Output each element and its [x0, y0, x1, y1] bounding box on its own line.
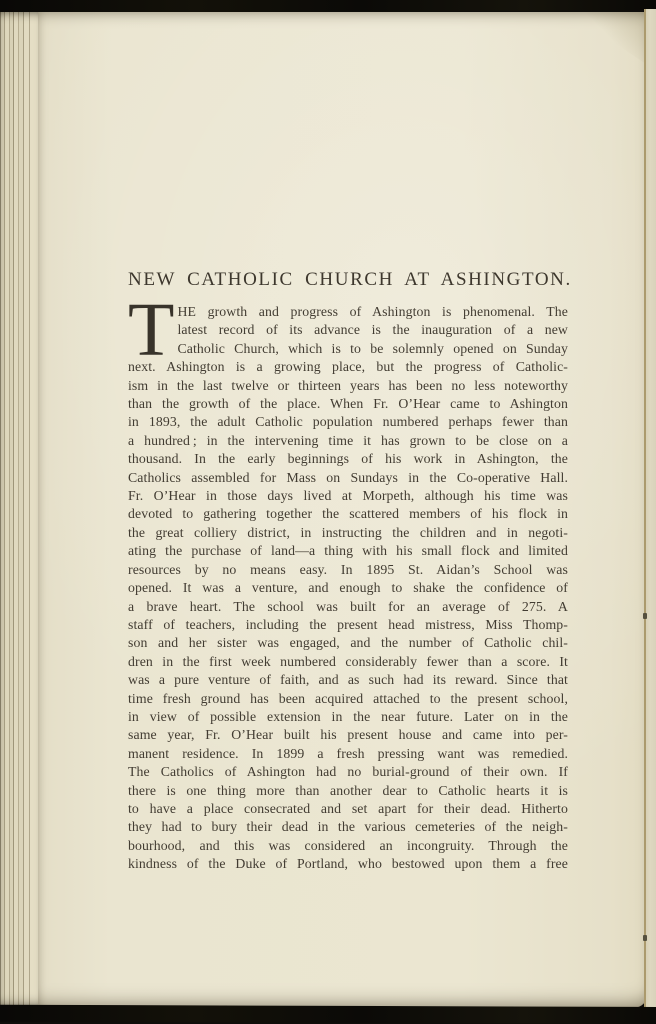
body-lines: HE growth and progress of Ashington is p…	[128, 303, 568, 874]
text-line: time fresh ground has been acquired atta…	[128, 690, 568, 708]
text-line: manent residence. In 1899 a fresh pressi…	[128, 745, 568, 763]
text-line: son and her sister was engaged, and the …	[128, 634, 568, 652]
edge-mark	[643, 613, 647, 619]
text-line: resources by no means easy. In 1895 St. …	[128, 561, 568, 579]
text-line: latest record of its advance is the inau…	[128, 321, 568, 339]
page-edge-right	[644, 9, 656, 1009]
text-line: ism in the last twelve or thirteen years…	[128, 377, 568, 395]
book-binding-bottom	[0, 1005, 656, 1024]
text-line: devoted to gathering together the scatte…	[128, 505, 568, 523]
drop-cap: T	[128, 292, 174, 347]
text-line: Fr. O’Hear in those days lived at Morpet…	[128, 487, 568, 505]
body-paragraph: T HE growth and progress of Ashington is…	[128, 303, 568, 874]
text-line: dren in the first week numbered consider…	[128, 653, 568, 671]
text-line: thousand. In the early beginnings of his…	[128, 450, 568, 468]
page-content: NEW CATHOLIC CHURCH AT ASHINGTON. T HE g…	[128, 270, 568, 874]
text-line: than the growth of the place. When Fr. O…	[128, 395, 568, 413]
text-line: there is one thing more than another dea…	[128, 782, 568, 800]
text-line: to have a place consecrated and set apar…	[128, 800, 568, 818]
text-line: kindness of the Duke of Portland, who be…	[128, 855, 568, 873]
text-line: The Catholics of Ashington had no burial…	[128, 763, 568, 781]
text-line: they had to bury their dead in the vario…	[128, 818, 568, 836]
text-line: ating the purchase of land—a thing with …	[128, 542, 568, 560]
text-line: in 1893, the adult Catholic population n…	[128, 413, 568, 431]
text-line: HE growth and progress of Ashington is p…	[128, 303, 568, 321]
edge-mark	[643, 935, 647, 941]
fanned-page-edges	[0, 12, 40, 1008]
text-line: was a pure venture of faith, and as such…	[128, 671, 568, 689]
book-page: NEW CATHOLIC CHURCH AT ASHINGTON. T HE g…	[38, 12, 646, 1008]
text-line: a hundred ; in the intervening time it h…	[128, 432, 568, 450]
text-line: opened. It was a venture, and enough to …	[128, 579, 568, 597]
text-line: staff of teachers, including the present…	[128, 616, 568, 634]
scanned-book-page: NEW CATHOLIC CHURCH AT ASHINGTON. T HE g…	[0, 0, 656, 1024]
text-line: Catholic Church, which is to be solemnly…	[128, 340, 568, 358]
text-line: a brave heart. The school was built for …	[128, 598, 568, 616]
text-line: next. Ashington is a growing place, but …	[128, 358, 568, 376]
page-corner-fold	[568, 12, 646, 64]
text-line: same year, Fr. O’Hear built his present …	[128, 726, 568, 744]
text-line: the great colliery district, in instruct…	[128, 524, 568, 542]
page-title: NEW CATHOLIC CHURCH AT ASHINGTON.	[128, 270, 568, 290]
text-line: Catholics assembled for Mass on Sundays …	[128, 469, 568, 487]
text-line: bourhood, and this was considered an inc…	[128, 837, 568, 855]
text-line: in view of possible extension in the nea…	[128, 708, 568, 726]
